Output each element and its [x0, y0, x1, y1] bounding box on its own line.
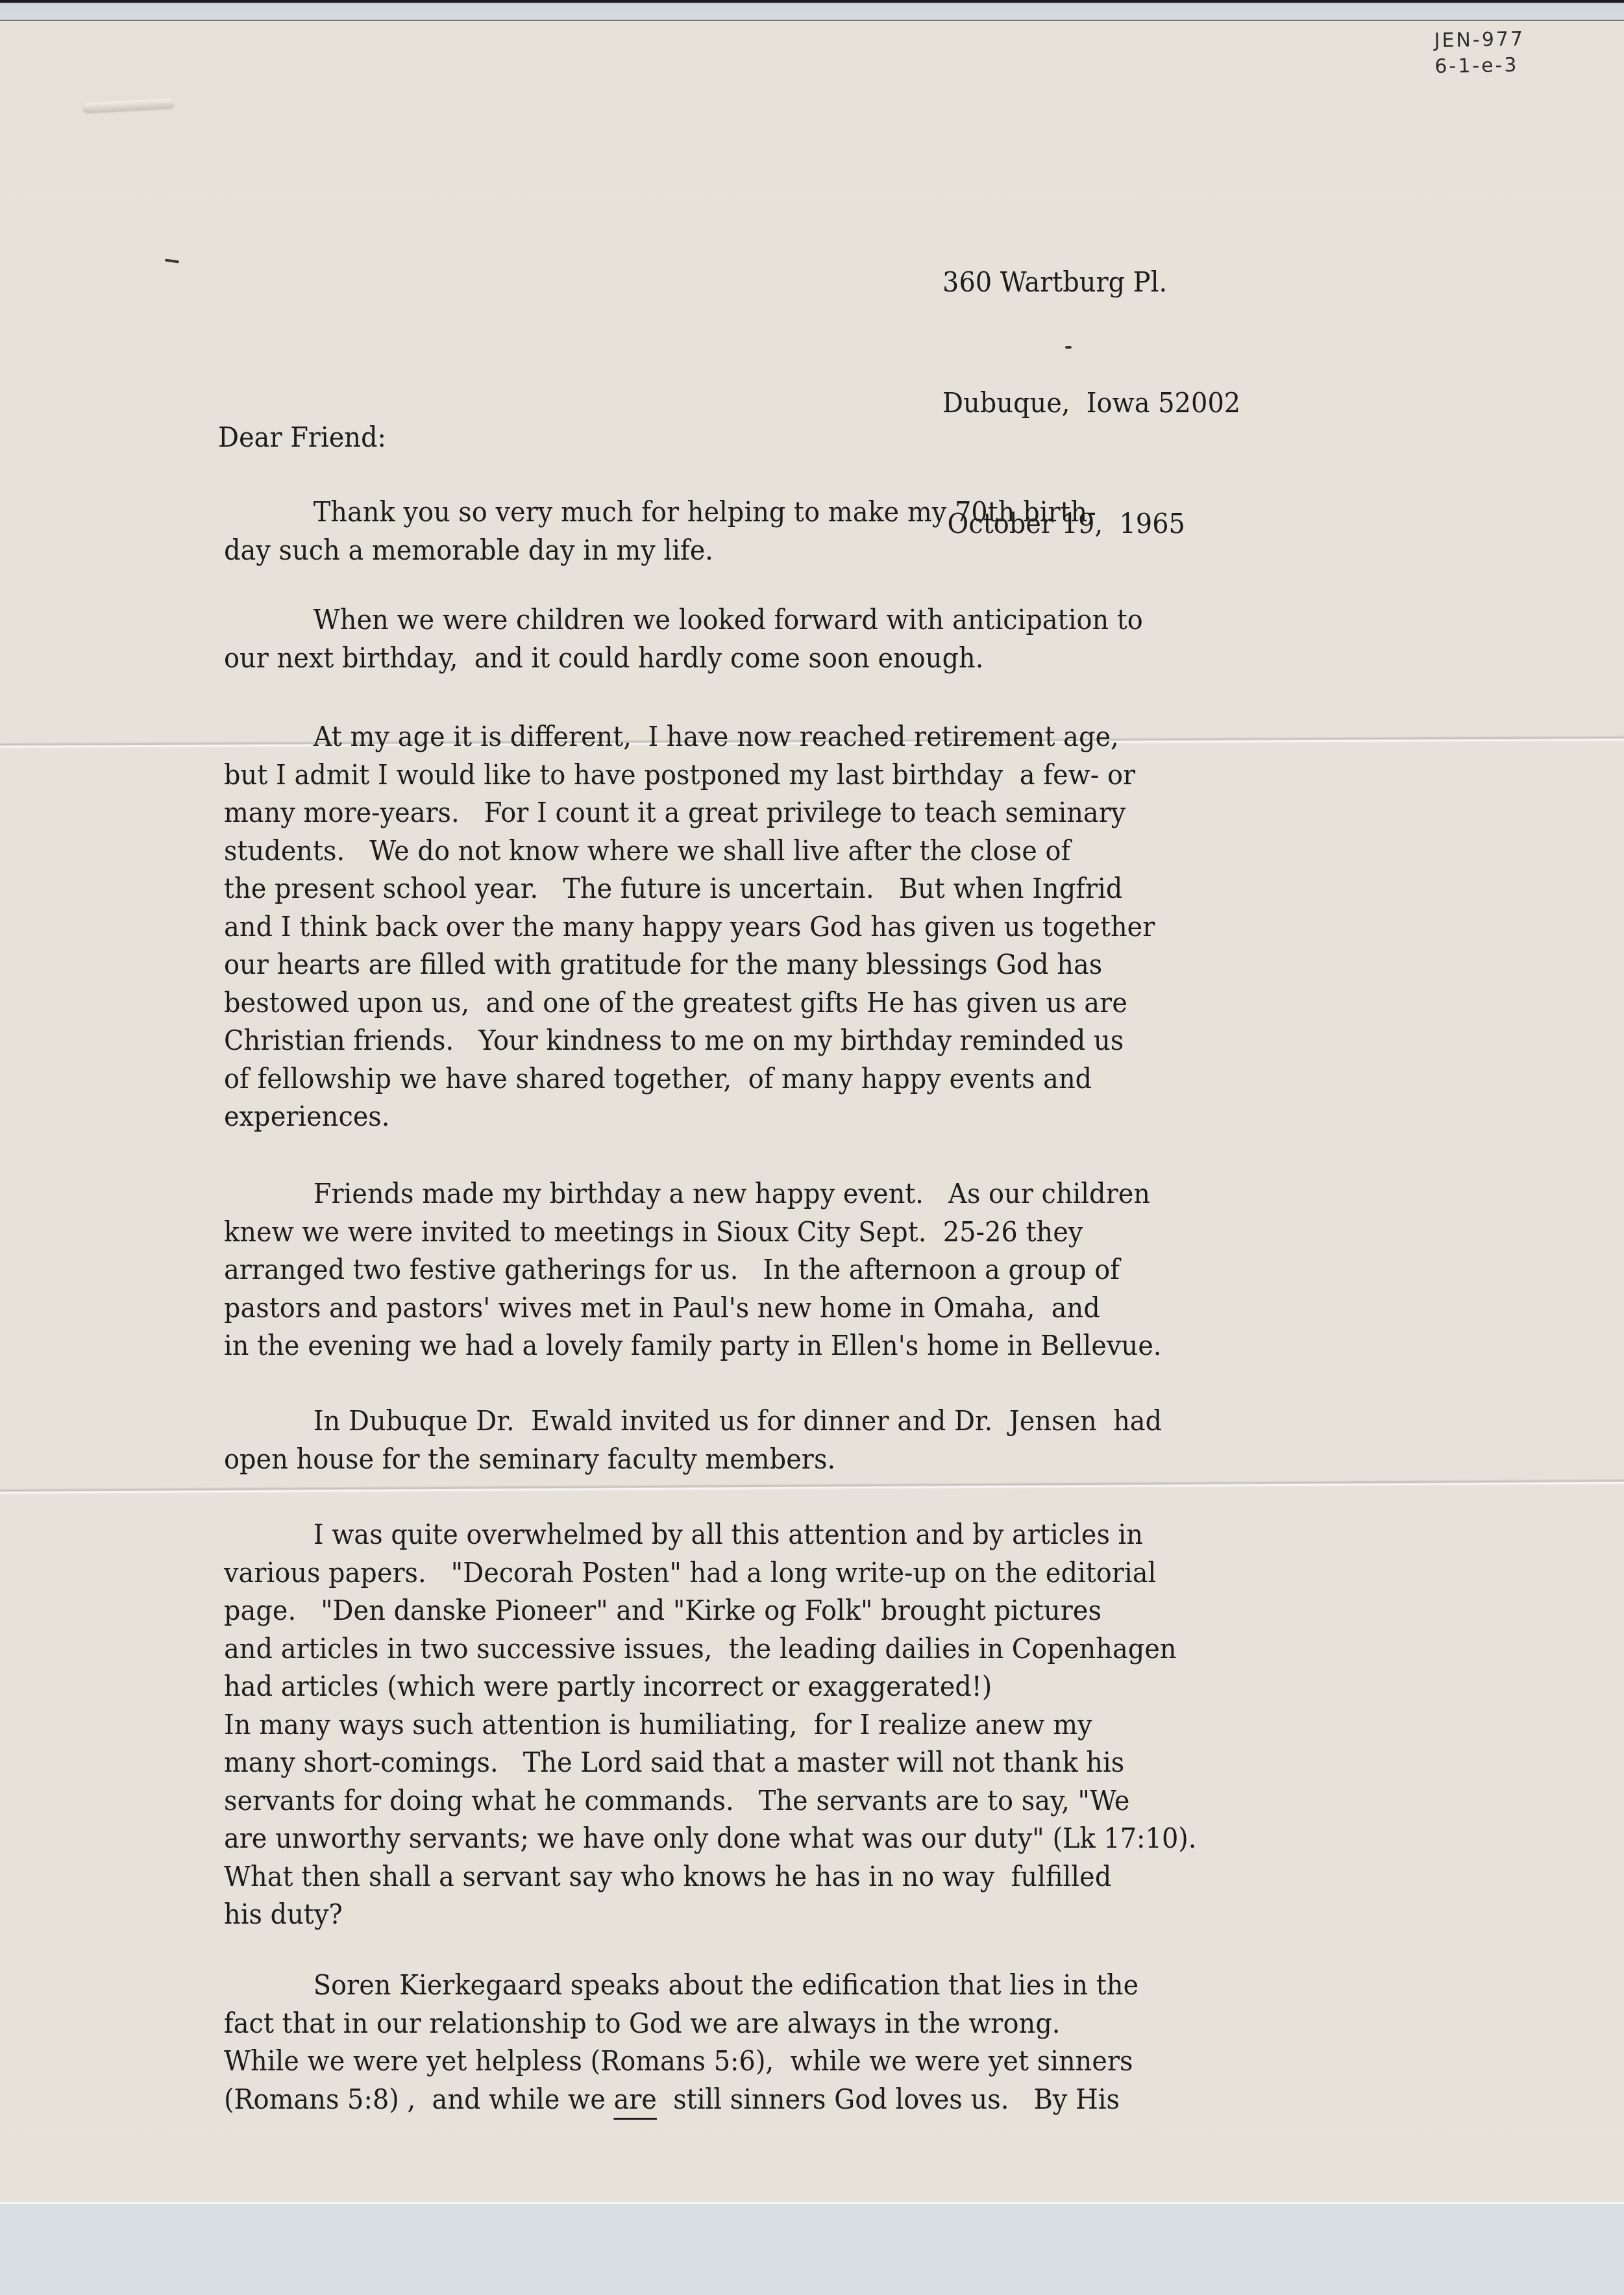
paragraph-line: day such a memorable day in my life. [224, 532, 1096, 570]
paragraph-line: pastors and pastors' wives met in Paul's… [224, 1289, 1161, 1328]
paragraph-line: Thank you so very much for helping to ma… [224, 493, 1096, 532]
archive-code-line: 6-1-e-3 [1434, 53, 1525, 80]
paragraph-line: Christian friends. Your kindness to me o… [224, 1022, 1155, 1060]
paragraph-line: his duty? [224, 1896, 1197, 1934]
paragraph-line: in the evening we had a lovely family pa… [224, 1327, 1161, 1365]
paragraph-line: many more-years. For I count it a great … [224, 794, 1155, 832]
paragraph-line: fact that in our relationship to God we … [224, 2005, 1138, 2043]
paragraph: When we were children we looked forward … [224, 601, 1143, 677]
paragraph-line: servants for doing what he commands. The… [224, 1782, 1197, 1820]
paragraph-line: are unworthy servants; we have only done… [224, 1820, 1197, 1858]
paragraph-line: What then shall a servant say who knows … [224, 1858, 1197, 1896]
paragraph-line: and articles in two successive issues, t… [224, 1630, 1197, 1669]
address-street: 360 Wartburg Pl. [942, 262, 1240, 303]
paragraph-line: our next birthday, and it could hardly c… [224, 639, 1143, 678]
paragraph-line: bestowed upon us, and one of the greates… [224, 984, 1155, 1023]
paragraph-line: When we were children we looked forward … [224, 601, 1143, 639]
scanner-bed-top [0, 0, 1624, 21]
paragraph-line: Soren Kierkegaard speaks about the edifi… [224, 1966, 1138, 2005]
paragraph-line: (Romans 5:8) , and while we are still si… [224, 2081, 1138, 2119]
paragraph-line: students. We do not know where we shall … [224, 832, 1155, 871]
paragraph-line: At my age it is different, I have now re… [224, 718, 1155, 756]
paragraph-line: the present school year. The future is u… [224, 870, 1155, 908]
paragraph-line: various papers. "Decorah Posten" had a l… [224, 1554, 1197, 1593]
paragraph: In Dubuque Dr. Ewald invited us for dinn… [224, 1402, 1162, 1478]
paragraph-line: page. "Den danske Pioneer" and "Kirke og… [224, 1592, 1197, 1630]
paragraph: At my age it is different, I have now re… [224, 718, 1155, 1136]
line-text: still sinners God loves us. By His [657, 2083, 1120, 2115]
paragraph: Soren Kierkegaard speaks about the edifi… [224, 1966, 1138, 2118]
paragraph-line: In many ways such attention is humiliati… [224, 1706, 1197, 1744]
paragraph-line: had articles (which were partly incorrec… [224, 1668, 1197, 1706]
line-text: (Romans 5:8) , and while we [224, 2083, 613, 2115]
paragraph: Thank you so very much for helping to ma… [224, 493, 1096, 569]
underlined-word: are [613, 2083, 656, 2115]
address-city: Dubuque, Iowa 52002 [942, 383, 1240, 423]
paragraph-line: many short-comings. The Lord said that a… [224, 1744, 1197, 1782]
paragraph-line: and I think back over the many happy yea… [224, 908, 1155, 947]
paragraph-line: experiences. [224, 1098, 1155, 1136]
paragraph-line: While we were yet helpless (Romans 5:6),… [224, 2042, 1138, 2081]
paragraph: I was quite overwhelmed by all this atte… [224, 1516, 1197, 1934]
paragraph-line: of fellowship we have shared together, o… [224, 1060, 1155, 1098]
paragraph-line: arranged two festive gatherings for us. … [224, 1251, 1161, 1289]
paragraph-line: I was quite overwhelmed by all this atte… [224, 1516, 1197, 1554]
archive-code-line: JEN-977 [1434, 27, 1525, 54]
scanner-bed-bottom [0, 2202, 1624, 2295]
paragraph-line: Friends made my birthday a new happy eve… [224, 1175, 1161, 1213]
archive-code: JEN-977 6-1-e-3 [1434, 27, 1525, 80]
paragraph-line: In Dubuque Dr. Ewald invited us for dinn… [224, 1402, 1162, 1441]
paragraph-line: open house for the seminary faculty memb… [224, 1441, 1162, 1479]
salutation: Dear Friend: [218, 419, 386, 456]
paragraph-line: but I admit I would like to have postpon… [224, 756, 1155, 795]
paragraph: Friends made my birthday a new happy eve… [224, 1175, 1161, 1365]
paragraph-line: knew we were invited to meetings in Siou… [224, 1213, 1161, 1252]
paragraph-line: our hearts are filled with gratitude for… [224, 946, 1155, 984]
